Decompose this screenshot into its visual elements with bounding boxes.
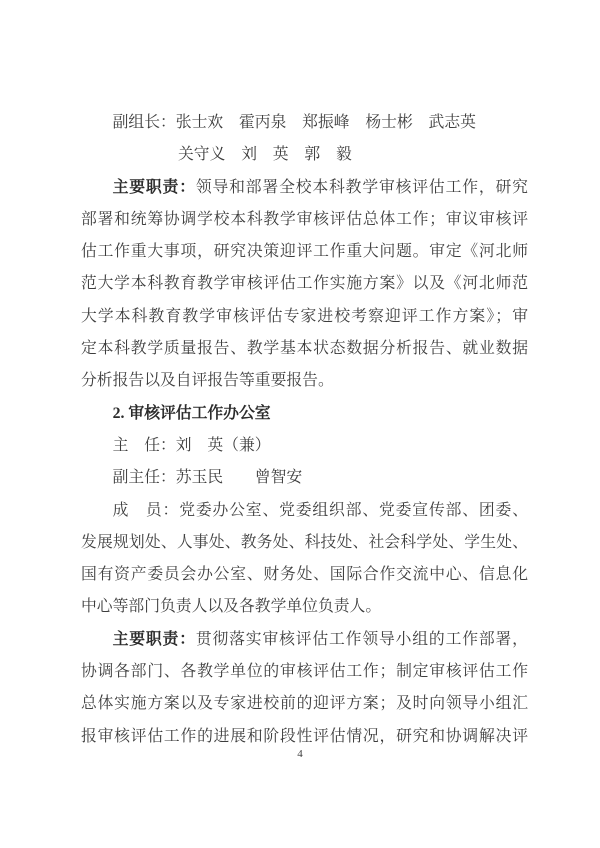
- office-members-line-2: 发展规划处、人事处、教务处、科技处、社会科学处、学生处、: [81, 527, 528, 559]
- section-heading-office: 2. 审核评估工作办公室: [81, 398, 528, 430]
- office-members-line-3: 国有资产委员会办公室、财务处、国际合作交流中心、信息化: [81, 559, 528, 591]
- document-page: 副组长：张士欢 霍丙泉 郑振峰 杨士彬 武志英 关守义 刘 英 郭 毅 主要职责…: [0, 0, 600, 848]
- duties-text: 领导和部署全校本科教学审核评估工作，研究: [196, 179, 528, 196]
- duties-text: 协调各部门、各教学单位的审核评估工作；制定审核评估工作: [81, 663, 528, 680]
- office-duties-line-2: 协调各部门、各教学单位的审核评估工作；制定审核评估工作: [81, 656, 528, 688]
- leading-group-duties-line-5: 大学本科教育教学审核评估专家进校考察迎评工作方案》；审: [81, 301, 528, 333]
- duties-text: 定本科教学质量报告、教学基本状态数据分析报告、就业数据: [81, 340, 528, 357]
- duties-text: 报审核评估工作的进展和阶段性评估情况，研究和协调解决评: [81, 728, 528, 745]
- document-body: 副组长：张士欢 霍丙泉 郑振峰 杨士彬 武志英 关守义 刘 英 郭 毅 主要职责…: [81, 107, 528, 753]
- leading-group-duties-line-4: 范大学本科教育教学审核评估工作实施方案》以及《河北师范: [81, 268, 528, 300]
- leading-group-duties-line-6: 定本科教学质量报告、教学基本状态数据分析报告、就业数据: [81, 333, 528, 365]
- section-heading-text: 2. 审核评估工作办公室: [113, 405, 271, 422]
- leading-group-duties-line-7: 分析报告以及自评报告等重要报告。: [81, 365, 528, 397]
- leading-group-duties-line-1: 主要职责：领导和部署全校本科教学审核评估工作，研究: [81, 172, 528, 204]
- duties-text: 贯彻落实审核评估工作领导小组的工作部署，: [196, 631, 528, 648]
- office-director-text: 主 任：刘 英（兼）: [113, 437, 271, 454]
- office-members-text: 发展规划处、人事处、教务处、科技处、社会科学处、学生处、: [81, 534, 528, 551]
- duties-label: 主要职责：: [113, 631, 196, 648]
- deputy-leaders-text-1: 副组长：张士欢 霍丙泉 郑振峰 杨士彬 武志英: [113, 114, 476, 131]
- office-deputy-directors-line: 副主任：苏玉民 曾智安: [81, 462, 528, 494]
- leading-group-duties-line-2: 部署和统筹协调学校本科教学审核评估总体工作；审议审核评: [81, 204, 528, 236]
- duties-text: 总体实施方案以及专家进校前的迎评方案；及时向领导小组汇: [81, 695, 528, 712]
- duties-text: 分析报告以及自评报告等重要报告。: [81, 372, 334, 389]
- leading-group-duties-line-3: 估工作重大事项，研究决策迎评工作重大问题。审定《河北师: [81, 236, 528, 268]
- duties-label: 主要职责：: [113, 179, 196, 196]
- office-members-line-1: 成 员：党委办公室、党委组织部、党委宣传部、团委、: [81, 495, 528, 527]
- office-deputy-directors-text: 副主任：苏玉民 曾智安: [113, 469, 303, 486]
- office-director-line: 主 任：刘 英（兼）: [81, 430, 528, 462]
- duties-text: 部署和统筹协调学校本科教学审核评估总体工作；审议审核评: [81, 211, 528, 228]
- office-members-line-4: 中心等部门负责人以及各教学单位负责人。: [81, 591, 528, 623]
- deputy-leaders-line-1: 副组长：张士欢 霍丙泉 郑振峰 杨士彬 武志英: [81, 107, 528, 139]
- deputy-leaders-text-2: 关守义 刘 英 郭 毅: [178, 146, 352, 163]
- duties-text: 估工作重大事项，研究决策迎评工作重大问题。审定《河北师: [81, 243, 528, 260]
- office-members-text: 中心等部门负责人以及各教学单位负责人。: [81, 598, 381, 615]
- deputy-leaders-line-2: 关守义 刘 英 郭 毅: [81, 139, 528, 171]
- duties-text: 大学本科教育教学审核评估专家进校考察迎评工作方案》；审: [81, 308, 528, 325]
- page-number: 4: [0, 748, 600, 760]
- office-members-text: 成 员：党委办公室、党委组织部、党委宣传部、团委、: [113, 502, 528, 519]
- office-members-text: 国有资产委员会办公室、财务处、国际合作交流中心、信息化: [81, 566, 528, 583]
- office-duties-line-1: 主要职责：贯彻落实审核评估工作领导小组的工作部署，: [81, 624, 528, 656]
- duties-text: 范大学本科教育教学审核评估工作实施方案》以及《河北师范: [81, 275, 528, 292]
- office-duties-line-3: 总体实施方案以及专家进校前的迎评方案；及时向领导小组汇: [81, 688, 528, 720]
